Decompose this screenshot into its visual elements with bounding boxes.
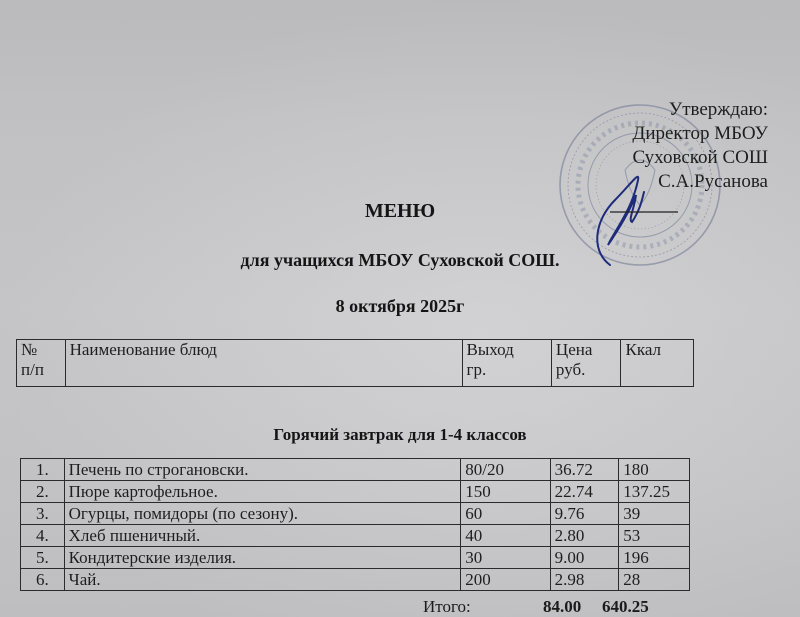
row-num: 1. — [21, 459, 65, 481]
header-price: Цена руб. — [551, 340, 621, 387]
approval-block: Утверждаю: Директор МБОУ Суховской СОШ С… — [632, 98, 768, 194]
table-row: 3.Огурцы, помидоры (по сезону).609.7639 — [21, 503, 690, 525]
row-output: 150 — [461, 481, 550, 503]
totals-price: 84.00 — [543, 597, 581, 617]
row-kcal: 196 — [619, 547, 690, 569]
table-row: 1.Печень по строгановски.80/2036.72180 — [21, 459, 690, 481]
row-kcal: 53 — [619, 525, 690, 547]
approval-organization: Суховской СОШ — [632, 146, 768, 170]
approval-signatory: С.А.Русанова — [632, 170, 768, 194]
header-row: № п/п Наименование блюд Выход гр. Цена р… — [17, 340, 694, 387]
row-kcal: 137.25 — [619, 481, 690, 503]
row-dish-name: Печень по строгановски. — [64, 459, 461, 481]
table-row: 5.Кондитерские изделия.309.00196 — [21, 547, 690, 569]
header-output: Выход гр. — [462, 340, 551, 387]
row-dish-name: Кондитерские изделия. — [64, 547, 461, 569]
row-price: 22.74 — [550, 481, 619, 503]
row-num: 3. — [21, 503, 65, 525]
table-row: 2.Пюре картофельное.15022.74137.25 — [21, 481, 690, 503]
row-num: 2. — [21, 481, 65, 503]
totals-kcal: 640.25 — [602, 597, 649, 617]
row-output: 200 — [461, 569, 550, 591]
row-kcal: 180 — [619, 459, 690, 481]
row-num: 5. — [21, 547, 65, 569]
row-price: 2.98 — [550, 569, 619, 591]
totals-row: Итого: 84.00 640.25 — [0, 597, 800, 617]
menu-items-table: 1.Печень по строгановски.80/2036.721802.… — [20, 458, 690, 591]
row-num: 4. — [21, 525, 65, 547]
section-title: Горячий завтрак для 1-4 классов — [0, 425, 800, 445]
menu-header-table: № п/п Наименование блюд Выход гр. Цена р… — [16, 339, 694, 387]
row-output: 30 — [461, 547, 550, 569]
totals-label: Итого: — [423, 597, 471, 617]
row-kcal: 39 — [619, 503, 690, 525]
row-kcal: 28 — [619, 569, 690, 591]
row-price: 36.72 — [550, 459, 619, 481]
header-kcal: Ккал — [621, 340, 694, 387]
approval-heading: Утверждаю: — [632, 98, 768, 122]
row-dish-name: Пюре картофельное. — [64, 481, 461, 503]
row-price: 9.76 — [550, 503, 619, 525]
row-output: 60 — [461, 503, 550, 525]
row-dish-name: Чай. — [64, 569, 461, 591]
document-date: 8 октября 2025г — [0, 296, 800, 317]
table-row: 4.Хлеб пшеничный.402.8053 — [21, 525, 690, 547]
row-dish-name: Огурцы, помидоры (по сезону). — [64, 503, 461, 525]
row-output: 40 — [461, 525, 550, 547]
header-num: № п/п — [17, 340, 66, 387]
row-price: 2.80 — [550, 525, 619, 547]
row-dish-name: Хлеб пшеничный. — [64, 525, 461, 547]
table-row: 6.Чай.2002.9828 — [21, 569, 690, 591]
header-name: Наименование блюд — [65, 340, 462, 387]
row-num: 6. — [21, 569, 65, 591]
row-output: 80/20 — [461, 459, 550, 481]
row-price: 9.00 — [550, 547, 619, 569]
approval-position: Директор МБОУ — [632, 122, 768, 146]
